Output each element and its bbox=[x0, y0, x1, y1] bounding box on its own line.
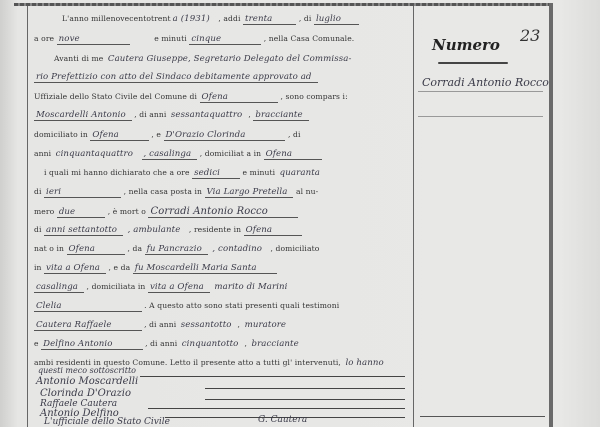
form-line-birth: nat o in Ofena , da fu Pancrazio , conta… bbox=[34, 244, 319, 254]
signature-rule bbox=[205, 399, 405, 400]
form-line-death-time: i quali mi hanno dichiarato che a ore se… bbox=[44, 168, 326, 178]
margin-deceased-name: Corradi Antonio Rocco bbox=[422, 76, 549, 89]
form-line-mother-cont: casalinga , domiciliata in vita a Ofena … bbox=[34, 282, 294, 292]
form-line-deceased: mero due , è mort o Corradi Antonio Rocc… bbox=[34, 206, 298, 217]
signature-note: questi meco sottoscritto bbox=[38, 366, 136, 375]
margin-rule bbox=[420, 416, 545, 417]
signature-rule bbox=[140, 376, 405, 377]
form-line-comune: Uffiziale dello Stato Civile del Comune … bbox=[34, 92, 348, 102]
form-line-time: a ore nove e minuti cinque , nella Casa … bbox=[34, 34, 354, 44]
record-number: 23 bbox=[520, 26, 540, 45]
margin-panel bbox=[412, 6, 549, 427]
form-line-deceased-age: di anni settantotto , ambulante , reside… bbox=[34, 225, 302, 235]
form-line-witness-1: Cautera Raffaele , di anni sessantotto, … bbox=[34, 320, 292, 330]
form-line-declarant-2-age: anni cinquantaquattro , casalinga , domi… bbox=[34, 149, 322, 159]
signature-rule bbox=[205, 388, 405, 389]
form-line-place: di ieri , nella casa posta in Via Largo … bbox=[34, 187, 318, 197]
form-line-declarant-1: Moscardelli Antonio , di anni sessantaqu… bbox=[34, 110, 309, 120]
form-line-officer-cont: rio Prefettizio con atto del Sindaco deb… bbox=[34, 72, 318, 82]
form-line-date: L'anno millenovecentotrenta (1931) , add… bbox=[62, 14, 359, 24]
decorative-swash bbox=[438, 62, 508, 64]
signature-officer-label: L'ufficiale dello Stato Civile bbox=[44, 417, 170, 427]
form-line-mother: in vita a Ofena , e da fu Moscardelli Ma… bbox=[34, 263, 277, 273]
signature-rule bbox=[148, 408, 405, 409]
signature-declarant-1: Antonio Moscardelli bbox=[36, 376, 138, 387]
record-number-label: Numero bbox=[432, 36, 500, 54]
form-line-spouse: Clelia . A questo atto sono stati presen… bbox=[34, 301, 339, 311]
signature-officer: G. Cautera bbox=[258, 415, 307, 425]
signature-declarant-2: Clorinda D'Orazio bbox=[40, 388, 131, 399]
right-border bbox=[549, 3, 553, 427]
margin-rule bbox=[418, 91, 543, 92]
document-page: L'anno millenovecentotrenta (1931) , add… bbox=[0, 0, 600, 427]
form-line-witness-2: e Delfino Antonio , di anni cinquantotto… bbox=[34, 339, 305, 349]
form-line-declarant-2: domiciliato in Ofena , e D'Orazio Clorin… bbox=[34, 130, 301, 140]
form-line-officer: Avanti di me Cautera Giuseppe, Segretari… bbox=[54, 54, 357, 64]
margin-rule bbox=[418, 116, 543, 117]
